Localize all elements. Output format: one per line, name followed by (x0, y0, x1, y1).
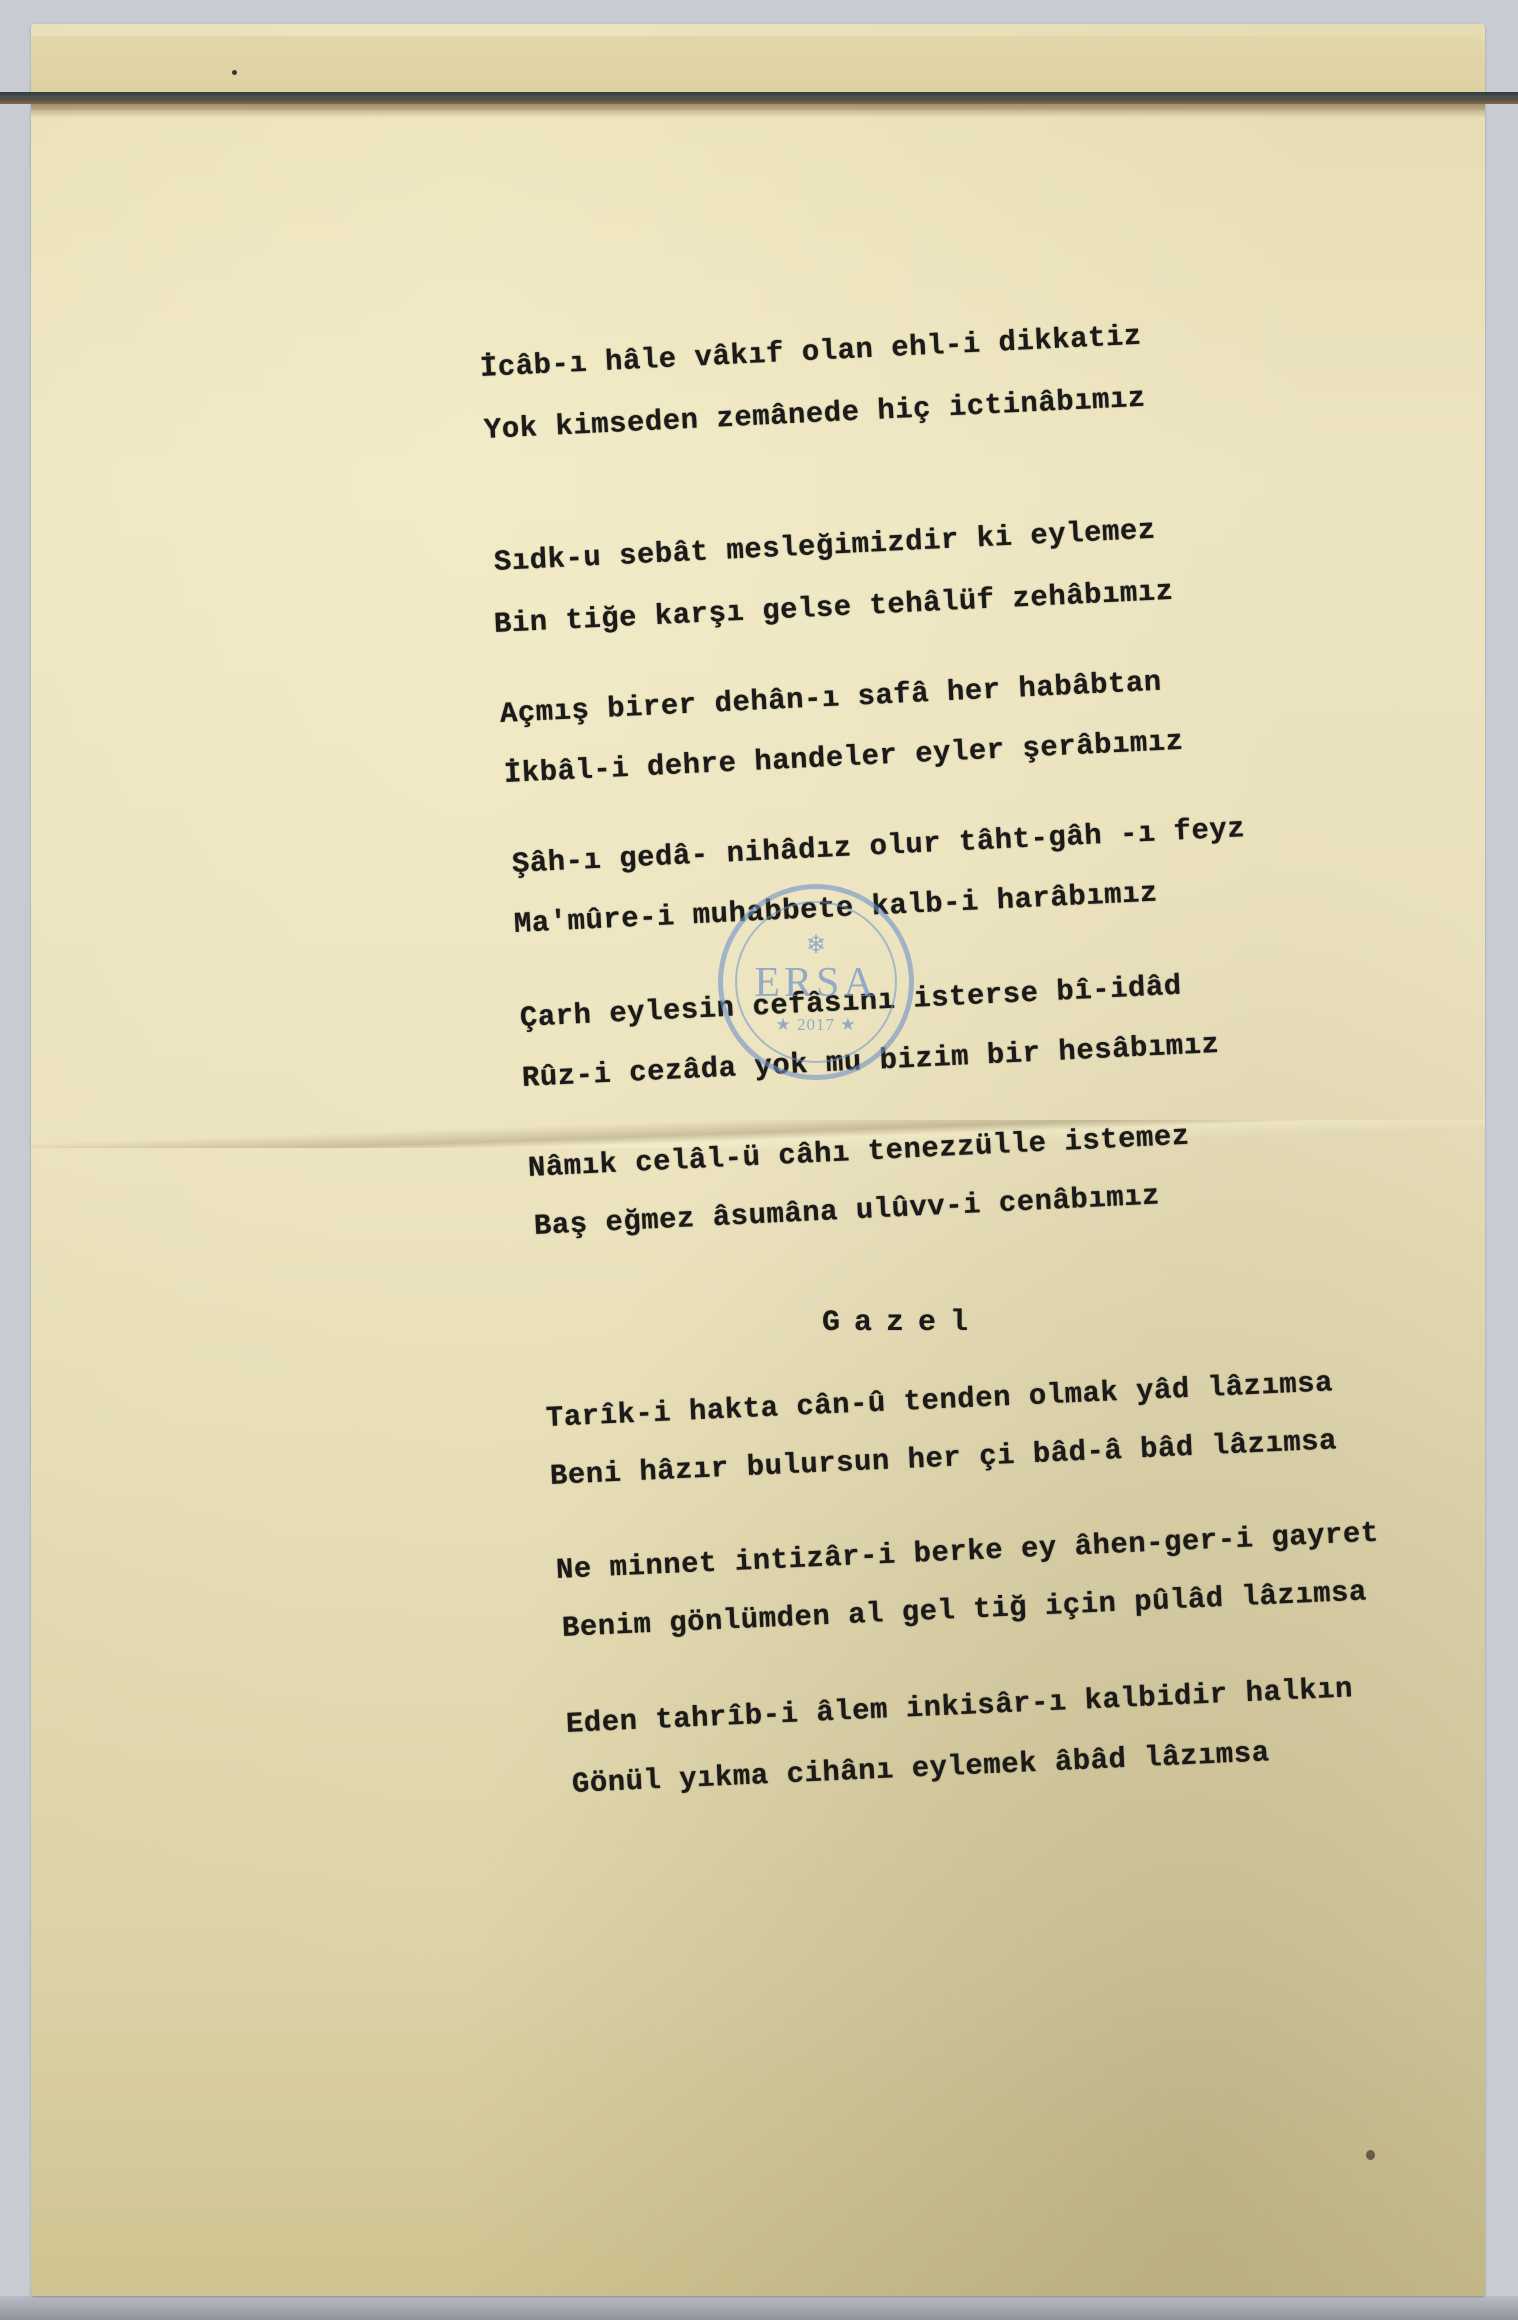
paper-speck (232, 70, 237, 75)
poem-title: Gazel (822, 1306, 982, 1340)
scanner-backdrop (0, 2296, 1518, 2320)
clip-shadow (31, 104, 1485, 118)
paper-speck (1366, 2150, 1375, 2160)
scanner-clip-bar (0, 92, 1518, 104)
